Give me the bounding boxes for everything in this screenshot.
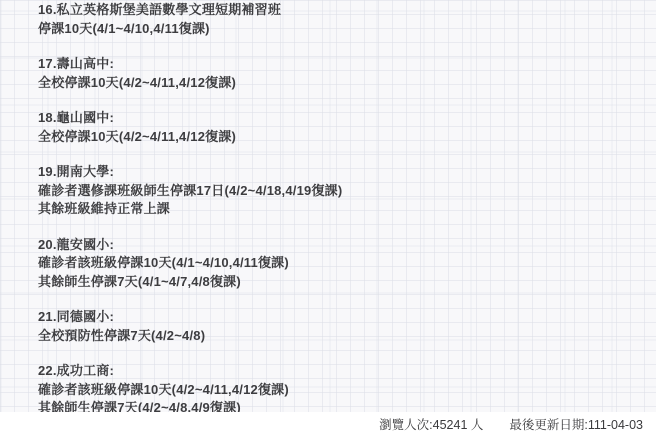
list-item: 22.成功工商:確診者該班級停課10天(4/2~4/11,4/12復課)其餘師生… (38, 362, 642, 418)
text-line: 17.壽山高中: (38, 55, 642, 74)
list-item: 19.開南大學:確診者選修課班級師生停課17日(4/2~4/18,4/19復課)… (38, 163, 642, 219)
text-line: 其餘師生停課7天(4/1~4/7,4/8復課) (38, 273, 642, 292)
text-line: 全校停課10天(4/2~4/11,4/12復課) (38, 128, 642, 147)
text-line: 22.成功工商: (38, 362, 642, 381)
text-line: 20.龍安國小: (38, 236, 642, 255)
text-line: 確診者該班級停課10天(4/2~4/11,4/12復課) (38, 381, 642, 400)
text-line: 停課10天(4/1~4/10,4/11復課) (38, 20, 642, 39)
text-line: 其餘班級維持正常上課 (38, 200, 642, 219)
list-item: 20.龍安國小:確診者該班級停課10天(4/1~4/10,4/11復課)其餘師生… (38, 236, 642, 292)
text-line: 確診者選修課班級師生停課17日(4/2~4/18,4/19復課) (38, 182, 642, 201)
text-line: 18.龜山國中: (38, 109, 642, 128)
text-line: 全校停課10天(4/2~4/11,4/12復課) (38, 74, 642, 93)
text-line: 全校預防性停課7天(4/2~4/8) (38, 327, 642, 346)
text-line: 16.私立英格斯堡美語數學文理短期補習班 (38, 1, 642, 20)
list-item: 21.同德國小:全校預防性停課7天(4/2~4/8) (38, 308, 642, 345)
list-item: 18.龜山國中:全校停課10天(4/2~4/11,4/12復課) (38, 109, 642, 146)
view-count: 瀏覽人次:45241 人 (379, 415, 483, 433)
text-line: 確診者該班級停課10天(4/1~4/10,4/11復課) (38, 254, 642, 273)
notice-list: 16.私立英格斯堡美語數學文理短期補習班停課10天(4/1~4/10,4/11復… (38, 1, 642, 435)
page: 16.私立英格斯堡美語數學文理短期補習班停課10天(4/1~4/10,4/11復… (0, 0, 656, 435)
text-line: 21.同德國小: (38, 308, 642, 327)
list-item: 17.壽山高中:全校停課10天(4/2~4/11,4/12復課) (38, 55, 642, 92)
text-line: 19.開南大學: (38, 163, 642, 182)
list-item: 16.私立英格斯堡美語數學文理短期補習班停課10天(4/1~4/10,4/11復… (38, 1, 642, 38)
last-updated-date: 最後更新日期:111-04-03 (509, 415, 643, 433)
footer-bar: 瀏覽人次:45241 人 最後更新日期:111-04-03 (0, 412, 656, 435)
